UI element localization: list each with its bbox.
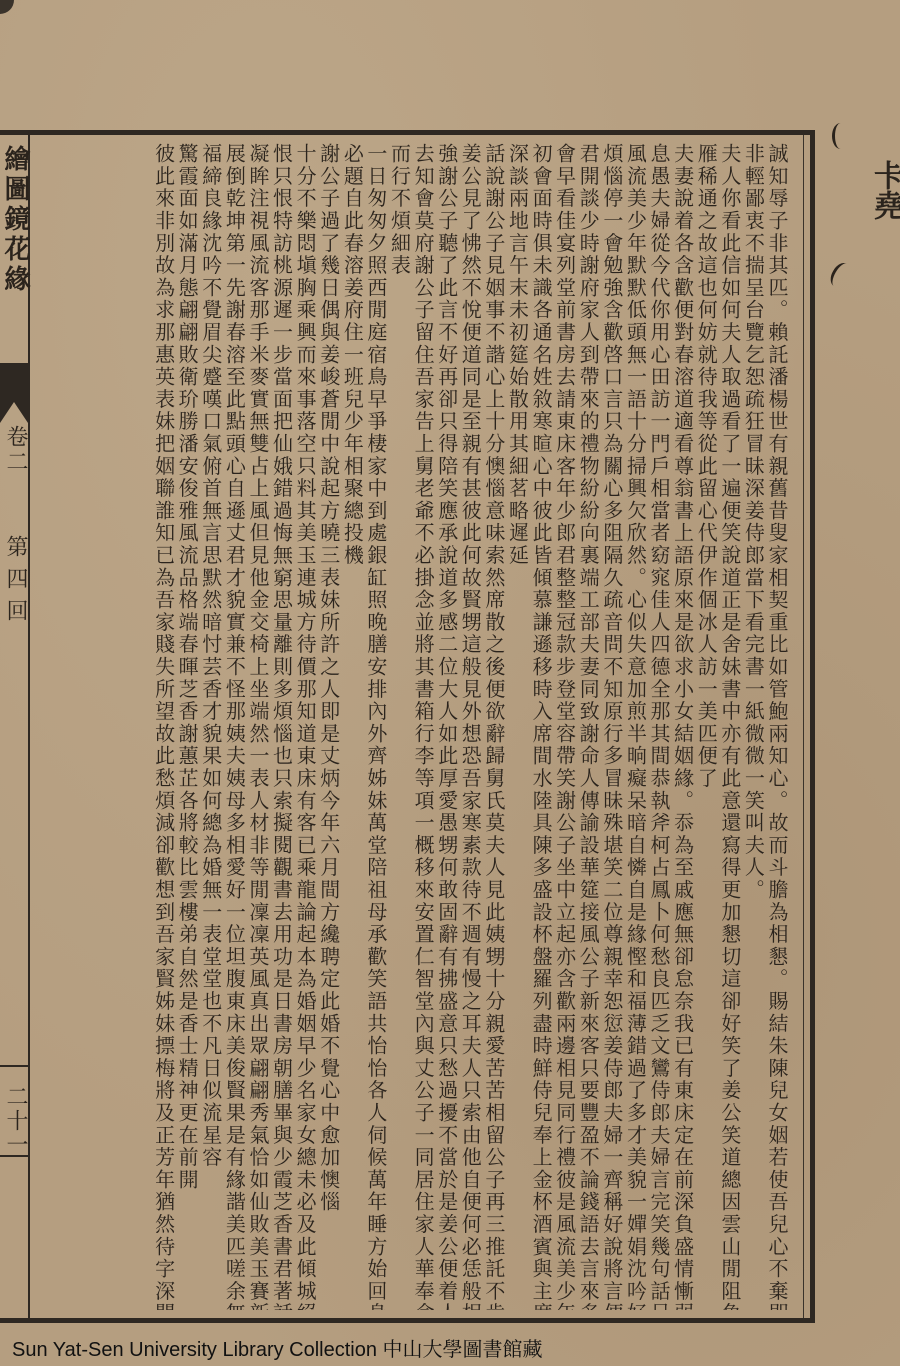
text-column: 煩惱停一會勉強含歡啓口言只為關心多阻隔久疏音問不知原行多冒昧殊堪笑二位尊親幸恕愆… [599, 143, 623, 1310]
page-frame: 繪圖鏡花緣 卷二 第四回 二十一 誠知辱子非其匹。賴託潘楊世有親舊昔叟家相契重比… [0, 130, 815, 1323]
text-column: 非輕鄙衷不揣呈台覽乞恕疏狂冒昧深姜侍郎當下看完書一紙微微一笑叫夫人。 [741, 143, 765, 1310]
text-column: 而行不煩細表 [387, 143, 411, 1310]
frame-inner-rule [803, 135, 804, 1318]
text-column: 展倒乾坤第一先謝春溶至此點頭心自遜丈君才貌實兼不怪那姨夫姨母多相愛好一位坦腹東床… [222, 143, 246, 1310]
text-column: 彼此來非別故為求那惠英表妹把姻聯誰知已為吾家賤失所望故此愁煩減卻歡想到吾家賢姊妹… [151, 143, 175, 1310]
text-column: 去知會莫府謝公子留住吾家告上舅老爺不必掛念並將其書箱行李等項一概移來安置仁智堂內… [411, 143, 435, 1310]
library-collection-caption: Sun Yat-Sen University Library Collectio… [12, 1333, 543, 1362]
text-columns: 誠知辱子非其匹。賴託潘楊世有親舊昔叟家相契重比如管鮑兩知心。故而斗膽為相懇。賜結… [36, 143, 788, 1310]
text-column: 驚霞面如滿月態翩翩敗衛玠勝潘安俊雅風流品格端春暉芝香謝蕙芷各將較比雲樓弟自然是香… [175, 143, 199, 1310]
text-column: 一日匆匆夕照西閒庭宿鳥早爭棲家中到處銀缸照晚膳安排內外齊姊妹萬堂陪祖母承歡笑語共… [363, 143, 387, 1310]
text-column: 君開談少時謝府家人到帶來的禮物紛紛向裏端工部夫妻同致謝命人傳諭設華筵接風公子新來… [576, 143, 600, 1310]
next-page-edge-text: 卡堯 [870, 160, 900, 220]
spine-book-title: 繪圖鏡花緣 [2, 145, 28, 295]
page-corner [0, 0, 14, 14]
text-column: 雁稀通之故這也何妨就待我等從此留心代伊作個冰人訪一美匹便了 [694, 143, 718, 1310]
text-column: 初會面時俱未識各通名姓敘寒暄心中彼此皆傾慕謙遜移時入席間水陸具陳多盛設杯盤羅列盡… [528, 143, 552, 1310]
spine-divider [0, 1065, 30, 1067]
text-column: 姜公見了怫然不悅便道同是至親有甚彼此何故賢甥這般見外想恐吾家寒素款待不週有慢之耳… [458, 143, 482, 1310]
spine-chapter: 第四回 [4, 535, 26, 631]
fishtail-mark-icon [0, 363, 28, 423]
book-spine-margin: 繪圖鏡花緣 卷二 第四回 二十一 [0, 135, 30, 1318]
text-column: 息愚夫婦從今代你用心田訪一門戶相當者窈窕佳人四德全那其間恭執斧柯占鳳卜何愁良匹乏… [646, 143, 670, 1310]
text-column: 夫妻說着各含歡便對春溶道適看尊翁書上語原來是欲求小女結姻緣。忝為至戚應無卻怠奈我… [670, 143, 694, 1310]
paper-tear-mark [832, 123, 849, 149]
text-column: 誠知辱子非其匹。賴託潘楊世有親舊昔叟家相契重比如管鮑兩知心。故而斗膽為相懇。賜結… [764, 143, 788, 1310]
text-column: 夫人你看此信如何夫人取過看了一遍便笑說道正是舍妹書中亦有此意還寫得更加懇切這卻好… [717, 143, 741, 1310]
text-column: 風流美少年默默低頭無一語十分掃興欠欣然。心似失意加煎半晌癡呆暗自憐自是緣慳和福薄… [623, 143, 647, 1310]
text-column: 必題自此春溶姜府住一班兒少年相聚總投機 [340, 143, 364, 1310]
paper-tear-mark [827, 259, 855, 290]
text-column: 恨只恨特訪桃源遲一步當面把仙娥錯過悔無窮思量離則多煩惱也只索擬閱觀書去用功是日書… [269, 143, 293, 1310]
text-column: 凝眸注視風流客那手米麥實無雙占上風但見他金交椅上坐端然一表人材非等閒凜凜英風真出… [245, 143, 269, 1310]
text-column: 十分不樂悶塡胸乘興而來事落空只料其美玉連城方待價那知道東床有客已乘龍論起本為婚姻… [293, 143, 317, 1310]
text-column: 謝公子過了幾日偶與姜峻蒼閒中說起方曉三表妹所許之人即是丈炳今年六月間方纔聘定此婚… [316, 143, 340, 1310]
text-column: 會早看佳宴列堂前書房去請東床客年少郎君整整冠款步登堂容帶笑謝公子坐中立起亦含歡兩… [552, 143, 576, 1310]
spine-divider [0, 1155, 30, 1157]
text-column: 話說謝公子見姻事不諧心上十分懊惱意味索然席散之後便欲辭歸舅氏莫夫人見此姨甥十分親… [481, 143, 505, 1310]
text-column: 強謝公子聽了此言不好再卻只得陪笑應承說道多感二位大人如此厚愛愚甥何敢固辭有拂盛意… [434, 143, 458, 1310]
text-column: 深談兩地言午末未初筵始散用其細茗略遲延 [505, 143, 529, 1310]
spine-page-number: 二十一 [4, 1085, 26, 1157]
text-column: 福締良緣沈吟不覺眉尖蹙嘆口氣俯首無言思默然暗忖芸香才貌果如何總為婚無一表堂堂也不… [198, 143, 222, 1310]
spine-volume: 卷二 [4, 425, 26, 475]
